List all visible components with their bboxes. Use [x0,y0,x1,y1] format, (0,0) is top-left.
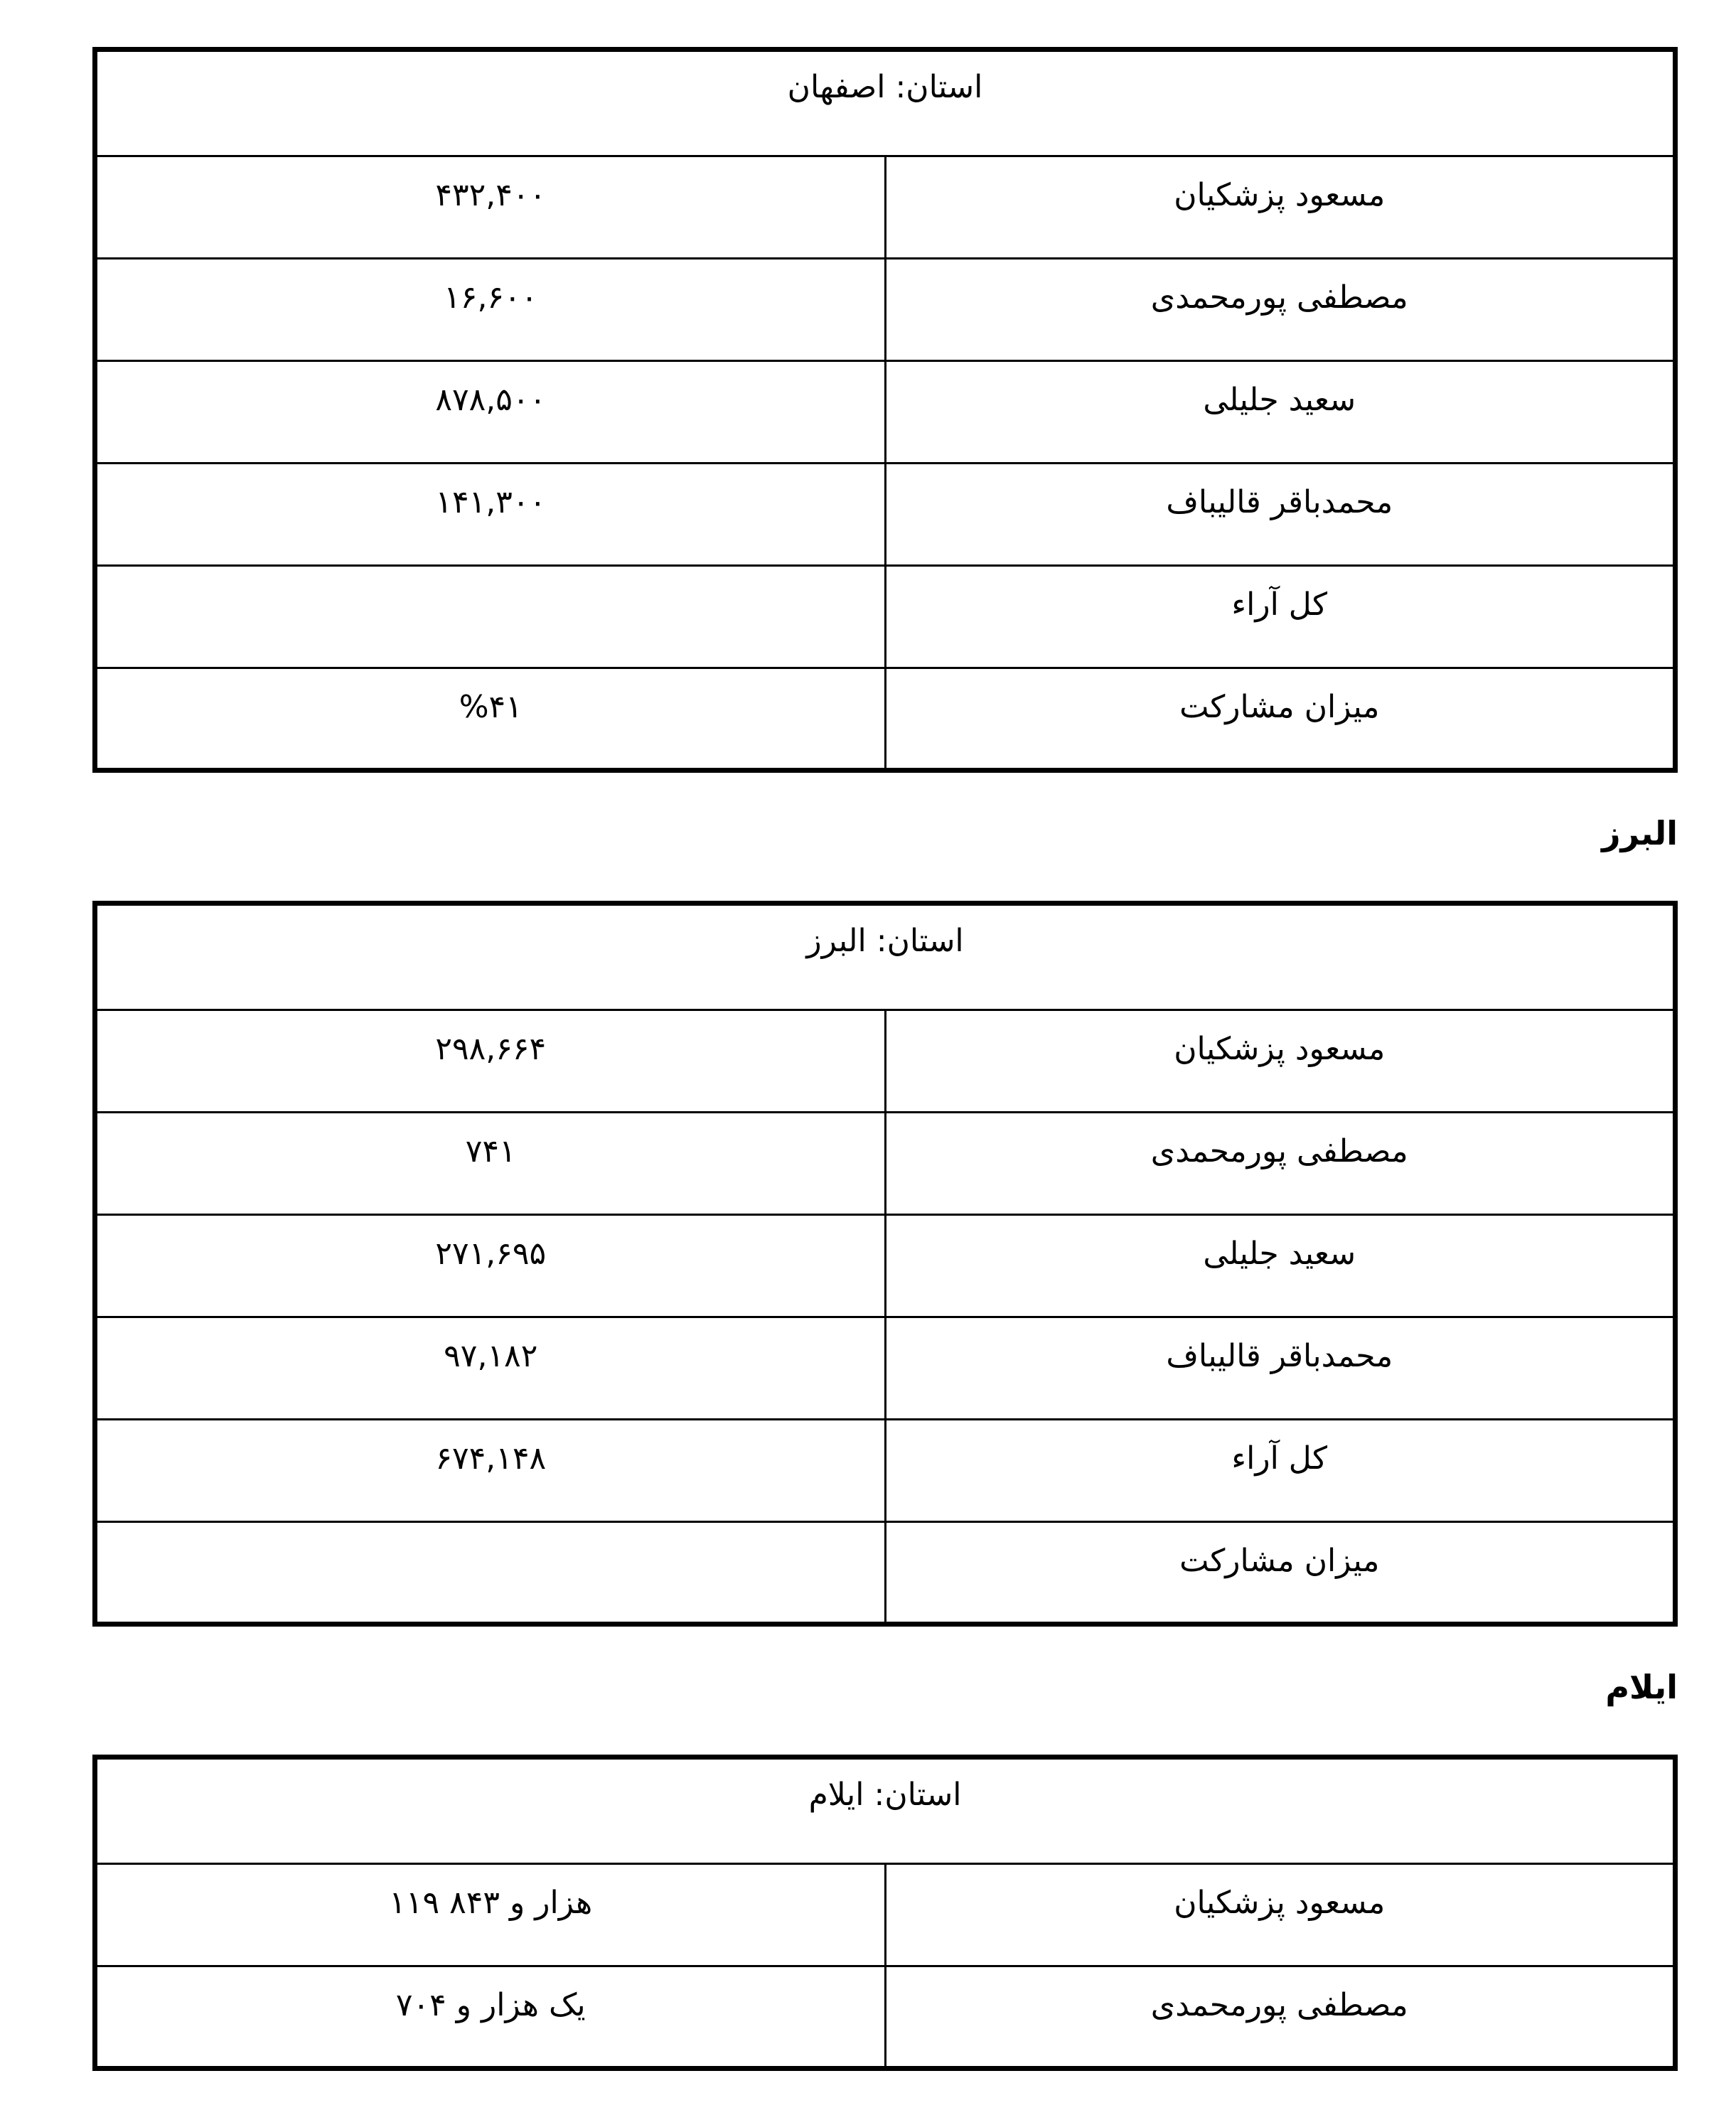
result-row: مصطفی پورمحمدی یک هزار و ۷۰۴ [95,1966,1676,2069]
result-row: محمدباقر قالیباف ۱۴۱,۳۰۰ [95,464,1676,566]
province-results-table: استان: البرز مسعود پزشکیان ۲۹۸,۶۶۴ مصطفی… [92,901,1678,1627]
vote-value-cell: ۱۶,۶۰۰ [95,259,886,361]
result-row: میزان مشارکت [95,1522,1676,1624]
province-section: استان: اصفهان مسعود پزشکیان ۴۳۲,۴۰۰ مصطف… [92,47,1678,773]
province-section: ایلام استان: ایلام مسعود پزشکیان ۱۱۹ هزا… [92,1664,1678,2071]
vote-value-cell [95,566,886,668]
vote-value-cell: ۴۳۲,۴۰۰ [95,156,886,259]
vote-value-cell: ۱۴۱,۳۰۰ [95,464,886,566]
province-results-table: استان: اصفهان مسعود پزشکیان ۴۳۲,۴۰۰ مصطف… [92,47,1678,773]
results-table-body: استان: البرز مسعود پزشکیان ۲۹۸,۶۶۴ مصطفی… [95,904,1676,1624]
table-title-row: استان: اصفهان [95,50,1676,156]
table-title: استان: ایلام [95,1757,1676,1864]
vote-value-cell: یک هزار و ۷۰۴ [95,1966,886,2069]
vote-value-cell: ۱۱۹ هزار و ۸۴۳ [95,1864,886,1966]
document-body: استان: اصفهان مسعود پزشکیان ۴۳۲,۴۰۰ مصطف… [0,0,1736,2071]
candidate-name-cell: محمدباقر قالیباف [885,464,1676,566]
result-row: میزان مشارکت %۴۱ [95,668,1676,771]
candidate-name-cell: مسعود پزشکیان [885,156,1676,259]
result-row: مصطفی پورمحمدی ۱۶,۶۰۰ [95,259,1676,361]
page: { "page": { "background": "#ffffff", "te… [0,0,1736,2120]
results-table-body: استان: ایلام مسعود پزشکیان ۱۱۹ هزار و ۸۴… [95,1757,1676,2069]
province-heading: البرز [92,810,1678,856]
result-row: سعید جلیلی ۲۷۱,۶۹۵ [95,1215,1676,1317]
vote-value-cell: ۸۷۸,۵۰۰ [95,361,886,464]
vote-value-cell [95,1522,886,1624]
result-row: کل آراء [95,566,1676,668]
candidate-name-cell: سعید جلیلی [885,361,1676,464]
vote-value-cell: ۷۴۱ [95,1113,886,1215]
table-title: استان: اصفهان [95,50,1676,156]
result-row: مسعود پزشکیان ۴۳۲,۴۰۰ [95,156,1676,259]
vote-value-cell: ۶۷۴,۱۴۸ [95,1420,886,1522]
result-row: کل آراء ۶۷۴,۱۴۸ [95,1420,1676,1522]
result-row: مسعود پزشکیان ۲۹۸,۶۶۴ [95,1010,1676,1113]
vote-value-cell: ۲۹۸,۶۶۴ [95,1010,886,1113]
candidate-name-cell: کل آراء [885,566,1676,668]
candidate-name-cell: مصطفی پورمحمدی [885,1966,1676,2069]
candidate-name-cell: مصطفی پورمحمدی [885,1113,1676,1215]
result-row: سعید جلیلی ۸۷۸,۵۰۰ [95,361,1676,464]
table-title: استان: البرز [95,904,1676,1010]
result-row: مسعود پزشکیان ۱۱۹ هزار و ۸۴۳ [95,1864,1676,1966]
result-row: مصطفی پورمحمدی ۷۴۱ [95,1113,1676,1215]
province-results-table: استان: ایلام مسعود پزشکیان ۱۱۹ هزار و ۸۴… [92,1755,1678,2071]
candidate-name-cell: محمدباقر قالیباف [885,1317,1676,1420]
table-title-row: استان: ایلام [95,1757,1676,1864]
candidate-name-cell: کل آراء [885,1420,1676,1522]
table-title-row: استان: البرز [95,904,1676,1010]
candidate-name-cell: مصطفی پورمحمدی [885,259,1676,361]
candidate-name-cell: میزان مشارکت [885,668,1676,771]
candidate-name-cell: سعید جلیلی [885,1215,1676,1317]
vote-value-cell: %۴۱ [95,668,886,771]
province-heading: ایلام [92,1664,1678,1710]
candidate-name-cell: مسعود پزشکیان [885,1864,1676,1966]
candidate-name-cell: میزان مشارکت [885,1522,1676,1624]
vote-value-cell: ۹۷,۱۸۲ [95,1317,886,1420]
results-table-body: استان: اصفهان مسعود پزشکیان ۴۳۲,۴۰۰ مصطف… [95,50,1676,771]
vote-value-cell: ۲۷۱,۶۹۵ [95,1215,886,1317]
province-section: البرز استان: البرز مسعود پزشکیان ۲۹۸,۶۶۴… [92,810,1678,1627]
candidate-name-cell: مسعود پزشکیان [885,1010,1676,1113]
result-row: محمدباقر قالیباف ۹۷,۱۸۲ [95,1317,1676,1420]
